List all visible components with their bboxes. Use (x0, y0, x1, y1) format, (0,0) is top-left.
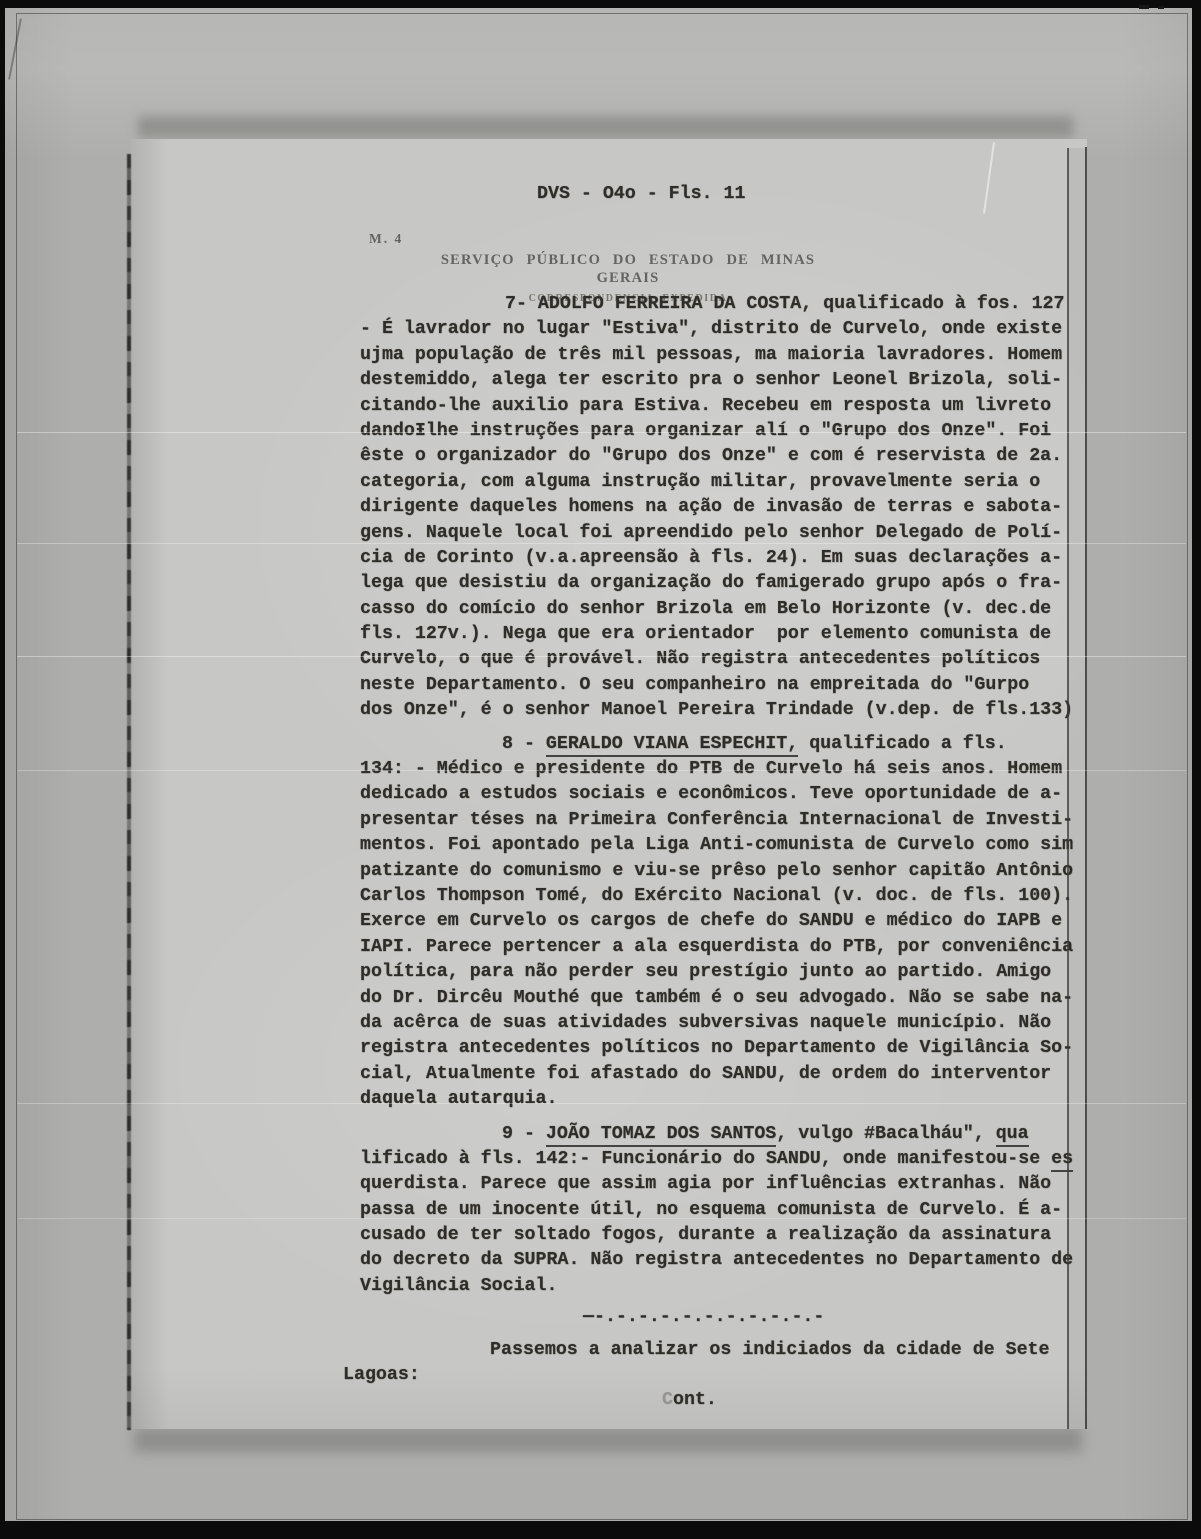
underlying-page-strip (1068, 148, 1086, 1429)
text-line: —-.-.-.-.-.-.-.-.-.-.- (583, 1305, 1090, 1330)
paragraph-item-9: 9 - JOÃO TOMAZ DOS SANTOS, vulgo #Bacalh… (360, 1122, 1090, 1300)
text-line: registra antecedentes políticos no Depar… (360, 1036, 1090, 1061)
text-segment: lificado à fls. 142:- Funcionário do SAN… (360, 1149, 1051, 1169)
text-line: do Dr. Dircêu Mouthé que também é o seu … (360, 986, 1090, 1011)
text-segment: do decreto da SUPRA. Não registra antece… (360, 1250, 1073, 1270)
text-line: querdista. Parece que assim agia por inf… (360, 1172, 1090, 1197)
text-line: lificado à fls. 142:- Funcionário do SAN… (360, 1147, 1090, 1172)
text-segment: Passemos a analizar os indiciados da cid… (490, 1340, 1050, 1360)
document-body: 7- ADOLFO FERREIRA DA COSTA, qualificado… (360, 292, 1090, 1414)
scratch-line (17, 1218, 1186, 1219)
text-line: dedicado a estudos sociais e econômicos.… (360, 782, 1090, 807)
text-segment: Exerce em Curvelo os cargos de chefe do … (360, 911, 1062, 931)
text-segment: neste Departamento. O seu companheiro na… (360, 675, 1029, 695)
text-line: ujma população de três mil pessoas, ma m… (360, 343, 1090, 368)
text-segment: destemiddo, alega ter escrito pra o senh… (360, 370, 1062, 390)
form-number: M. 4 (369, 231, 403, 247)
text-line: mentos. Foi apontado pela Liga Anti-comu… (360, 833, 1090, 858)
text-segment: do Dr. Dircêu Mouthé que também é o seu … (360, 988, 1073, 1008)
scratch-line (17, 543, 1186, 544)
text-line: 8 - GERALDO VIANA ESPECHIT, qualificado … (502, 732, 1090, 757)
text-line: daquela autarquia. (360, 1087, 1090, 1112)
underlined-text-segment: GERALDO VIANA ESPECHIT, (546, 734, 798, 757)
film-speck (1158, 6, 1164, 9)
paragraph-closing: Passemos a analizar os indiciados da cid… (360, 1338, 1090, 1389)
text-segment: dos Onze", é o senhor Manoel Pereira Tri… (360, 700, 1073, 720)
text-segment: êste o organizador do "Grupo dos Onze" e… (360, 446, 1062, 466)
page-right-edge-inner (1067, 148, 1069, 1429)
text-line: 7- ADOLFO FERREIRA DA COSTA, qualificado… (505, 292, 1090, 317)
text-line: patizante do comunismo e viu-se prêso pe… (360, 859, 1090, 884)
text-segment: cusado de ter soltado fogos, durante a r… (360, 1225, 1051, 1245)
text-line: Lagoas: (343, 1363, 1090, 1388)
text-segment: Lagoas: (343, 1365, 420, 1385)
text-segment: —-.-.-.-.-.-.-.-.-.-.- (583, 1307, 824, 1327)
text-segment: política, para não perder seu prestígio … (360, 962, 1051, 982)
text-line: da acêrca de suas atividades subversivas… (360, 1011, 1090, 1036)
text-segment: citando-lhe auxilio para Estiva. Recebeu… (360, 396, 1051, 416)
scanned-document-photo: DVS - O4o - Fls. 11 M. 4 SERVIÇO PÚBLICO… (0, 0, 1201, 1539)
text-segment: categoria, com alguma instrução militar,… (360, 472, 1040, 492)
text-line: dos Onze", é o senhor Manoel Pereira Tri… (360, 698, 1090, 723)
text-segment: C (662, 1390, 673, 1410)
document-page: DVS - O4o - Fls. 11 M. 4 SERVIÇO PÚBLICO… (130, 139, 1087, 1429)
text-line: Curvelo, o que é provável. Não registra … (360, 647, 1090, 672)
page-left-edge (127, 154, 131, 1430)
text-segment: - É lavrador no lugar "Estiva", distrito… (360, 319, 1062, 339)
text-line: IAPI. Parece pertencer a ala esquerdista… (360, 935, 1090, 960)
text-segment: lega que desistiu da organização do fami… (360, 573, 1062, 593)
text-segment: presentar téses na Primeira Conferência … (360, 810, 1073, 830)
text-line: fls. 127v.). Nega que era orientador por… (360, 622, 1090, 647)
scratch-line (17, 1103, 1186, 1104)
text-segment: 8 - (502, 734, 546, 754)
text-segment: dirigente daqueles homens na ação de inv… (360, 497, 1062, 517)
text-line: do decreto da SUPRA. Não registra antece… (360, 1248, 1090, 1273)
text-line: Vigilância Social. (360, 1274, 1090, 1299)
text-segment: Vigilância Social. (360, 1276, 557, 1296)
text-segment: querdista. Parece que assim agia por inf… (360, 1174, 1051, 1194)
ref-header: DVS - O4o - Fls. 11 (537, 184, 745, 204)
scratch-line (17, 432, 1186, 433)
text-line: êste o organizador do "Grupo dos Onze" e… (360, 444, 1090, 469)
text-segment: , vulgo #Bacalháu", (776, 1124, 995, 1144)
text-segment: fls. 127v.). Nega que era orientador por… (360, 624, 1051, 644)
text-line: Carlos Thompson Tomé, do Exército Nacion… (360, 884, 1090, 909)
paragraph-item-7: 7- ADOLFO FERREIRA DA COSTA, qualificado… (360, 292, 1090, 724)
text-segment: da acêrca de suas atividades subversivas… (360, 1013, 1051, 1033)
text-segment: gens. Naquele local foi apreendido pelo … (360, 523, 1062, 543)
text-segment: daquela autarquia. (360, 1089, 557, 1109)
text-segment: 7- ADOLFO FERREIRA DA COSTA, qualificado… (505, 294, 1065, 314)
text-line: - É lavrador no lugar "Estiva", distrito… (360, 317, 1090, 342)
page-right-edge-outer (1085, 147, 1087, 1429)
text-line: 9 - JOÃO TOMAZ DOS SANTOS, vulgo #Bacalh… (502, 1122, 1090, 1147)
paragraph-continuation: Cont. (360, 1388, 1090, 1413)
text-line: citando-lhe auxilio para Estiva. Recebeu… (360, 394, 1090, 419)
scratch-line (17, 656, 1186, 657)
paragraph-divider: —-.-.-.-.-.-.-.-.-.-.- (360, 1305, 1090, 1330)
text-line: casso do comício do senhor Brizola em Be… (360, 597, 1090, 622)
text-segment: mentos. Foi apontado pela Liga Anti-comu… (360, 835, 1073, 855)
text-line: dirigente daqueles homens na ação de inv… (360, 495, 1090, 520)
text-line: categoria, com alguma instrução militar,… (360, 470, 1090, 495)
text-segment: cia de Corinto (v.a.apreensão à fls. 24)… (360, 548, 1062, 568)
text-segment: 9 - (502, 1124, 546, 1144)
text-segment: ont. (673, 1390, 717, 1410)
underlined-text-segment: JOÃO TOMAZ DOS SANTOS (546, 1124, 776, 1147)
text-segment: patizante do comunismo e viu-se prêso pe… (360, 861, 1073, 881)
text-line: cusado de ter soltado fogos, durante a r… (360, 1223, 1090, 1248)
text-line: política, para não perder seu prestígio … (360, 960, 1090, 985)
text-line: Passemos a analizar os indiciados da cid… (490, 1338, 1090, 1363)
scratch-line (17, 770, 1186, 771)
text-segment: registra antecedentes políticos no Depar… (360, 1038, 1073, 1058)
text-line: cial, Atualmente foi afastado do SANDU, … (360, 1062, 1090, 1087)
text-segment: dandoƗlhe instruções para organizar alí … (360, 421, 1051, 441)
text-segment: dedicado a estudos sociais e econômicos.… (360, 784, 1062, 804)
page-shadow-top (138, 116, 1073, 138)
text-segment: Carlos Thompson Tomé, do Exército Nacion… (360, 886, 1073, 906)
text-line: passa de um inocente útil, no esquema co… (360, 1198, 1090, 1223)
text-segment: qualificado a fls. (798, 734, 1006, 754)
text-segment: cial, Atualmente foi afastado do SANDU, … (360, 1064, 1051, 1084)
text-line: neste Departamento. O seu companheiro na… (360, 673, 1090, 698)
text-line: Cont. (662, 1388, 1090, 1413)
film-speck (1139, 5, 1149, 9)
text-line: presentar téses na Primeira Conferência … (360, 808, 1090, 833)
text-segment: passa de um inocente útil, no esquema co… (360, 1200, 1062, 1220)
text-segment: ujma população de três mil pessoas, ma m… (360, 345, 1062, 365)
page-shadow-bottom (134, 1428, 1082, 1452)
text-segment: casso do comício do senhor Brizola em Be… (360, 599, 1051, 619)
text-line: destemiddo, alega ter escrito pra o senh… (360, 368, 1090, 393)
text-segment: Curvelo, o que é provável. Não registra … (360, 649, 1040, 669)
text-segment: IAPI. Parece pertencer a ala esquerdista… (360, 937, 1073, 957)
text-line: Exerce em Curvelo os cargos de chefe do … (360, 909, 1090, 934)
underlined-text-segment: qua (996, 1124, 1029, 1147)
letterhead-title: SERVIÇO PÚBLICO DO ESTADO DE MINAS GERAI… (408, 251, 848, 287)
paragraph-item-8: 8 - GERALDO VIANA ESPECHIT, qualificado … (360, 732, 1090, 1113)
text-line: cia de Corinto (v.a.apreensão à fls. 24)… (360, 546, 1090, 571)
text-line: lega que desistiu da organização do fami… (360, 571, 1090, 596)
